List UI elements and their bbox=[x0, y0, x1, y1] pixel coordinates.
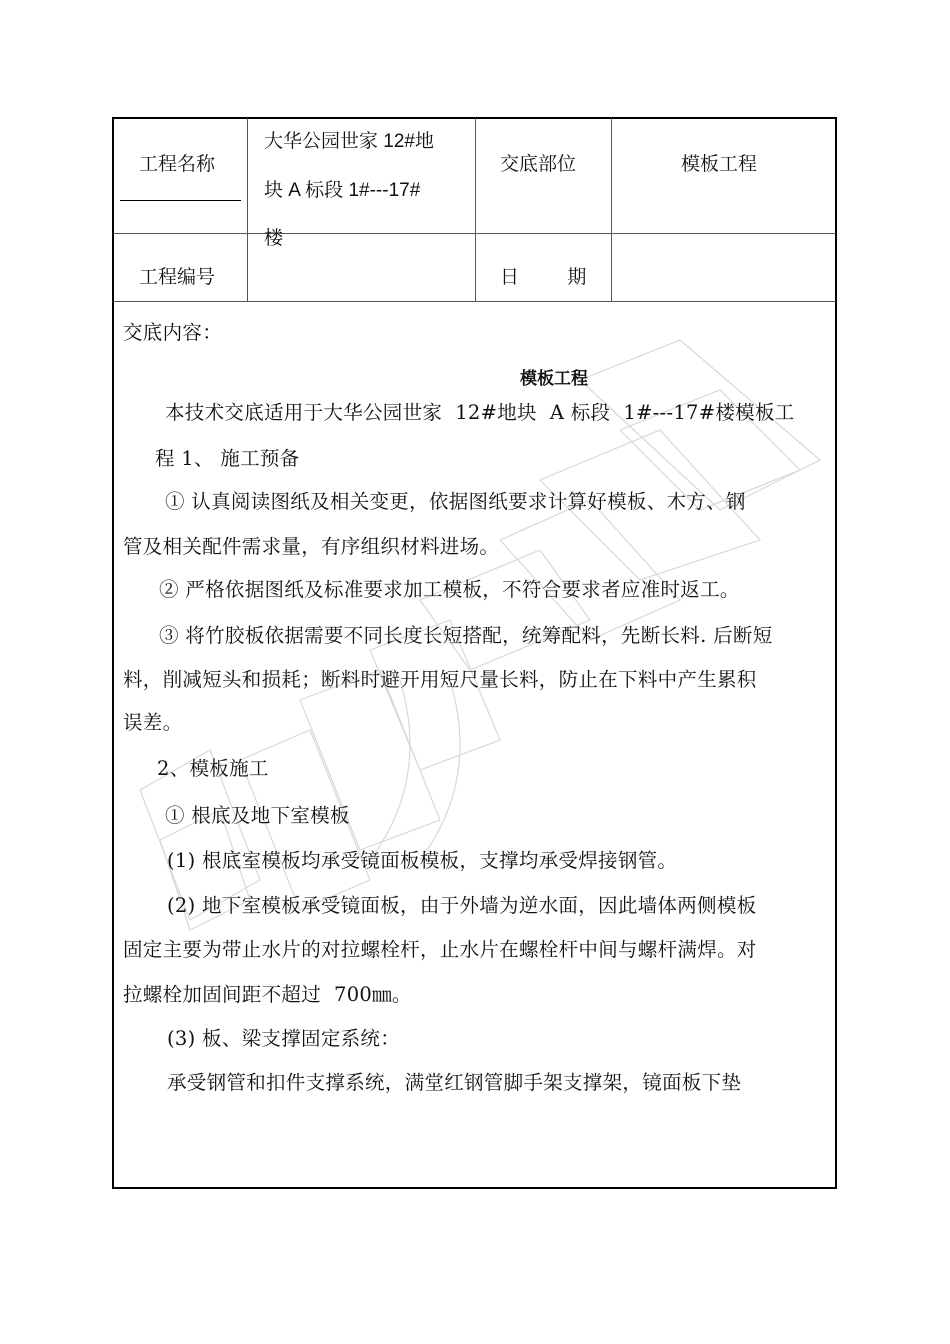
disclosure-part-value: 模板工程 bbox=[681, 155, 757, 174]
content-line: (2) 地下室模板承受镜面板，由于外墙为逆水面，因此墙体两侧模板 bbox=[167, 896, 756, 916]
content-line: (1) 根底室模板均承受镜面板模板，支撑均承受焊接钢管。 bbox=[167, 851, 677, 871]
project-name-underline bbox=[120, 200, 241, 201]
column-divider bbox=[475, 118, 476, 302]
disclosure-part-label: 交底部位 bbox=[500, 155, 576, 174]
column-divider bbox=[611, 118, 612, 302]
project-name-label: 工程名称 bbox=[139, 155, 215, 174]
content-line: 程 1、 施工预备 bbox=[155, 449, 300, 469]
project-number-label: 工程编号 bbox=[139, 268, 215, 287]
content-line: 料，削减短头和损耗；断料时避开用短尺量长料，防止在下料中产生累积 bbox=[123, 670, 757, 690]
content-line: 承受钢管和扣件支撑系统，满堂红钢管脚手架支撑架，镜面板下垫 bbox=[167, 1073, 741, 1093]
content-line: 本技术交底适用于大华公园世家 12#地块 A 标段 1#---17#楼模板工 bbox=[165, 403, 795, 423]
date-label: 日 期 bbox=[500, 268, 586, 287]
content-line: 管及相关配件需求量，有序组织材料进场。 bbox=[123, 537, 499, 557]
project-name-value-line-2: 块 A 标段 1#---17# bbox=[264, 181, 420, 200]
content-line: ② 严格依据图纸及标准要求加工模板，不符合要求者应准时返工。 bbox=[159, 580, 740, 600]
project-name-value-line-1: 大华公园世家 12#地 bbox=[264, 132, 434, 151]
document-page: 工程名称 大华公园世家 12#地 块 A 标段 1#---17# 楼 交底部位 … bbox=[0, 0, 950, 1344]
content-label: 交底内容： bbox=[123, 323, 222, 343]
content-subtitle: 模板工程 bbox=[520, 364, 588, 389]
column-divider bbox=[247, 118, 248, 302]
project-name-value-line-3: 楼 bbox=[264, 229, 283, 248]
content-line: ① 认真阅读图纸及相关变更，依据图纸要求计算好模板、木方、钢 bbox=[165, 492, 746, 512]
content-line: 固定主要为带止水片的对拉螺栓杆，止水片在螺栓杆中间与螺杆满焊。对 bbox=[123, 940, 757, 960]
content-line: ① 根底及地下室模板 bbox=[165, 806, 350, 826]
content-line: ③ 将竹胶板依据需要不同长度长短搭配，统筹配料，先断长料. 后断短 bbox=[159, 626, 773, 646]
content-line: 2、模板施工 bbox=[157, 759, 269, 779]
content-line: 拉螺栓加固间距不超过 700㎜。 bbox=[123, 985, 412, 1005]
content-line: (3) 板、梁支撑固定系统： bbox=[167, 1029, 400, 1049]
content-line: 误差。 bbox=[123, 713, 182, 733]
